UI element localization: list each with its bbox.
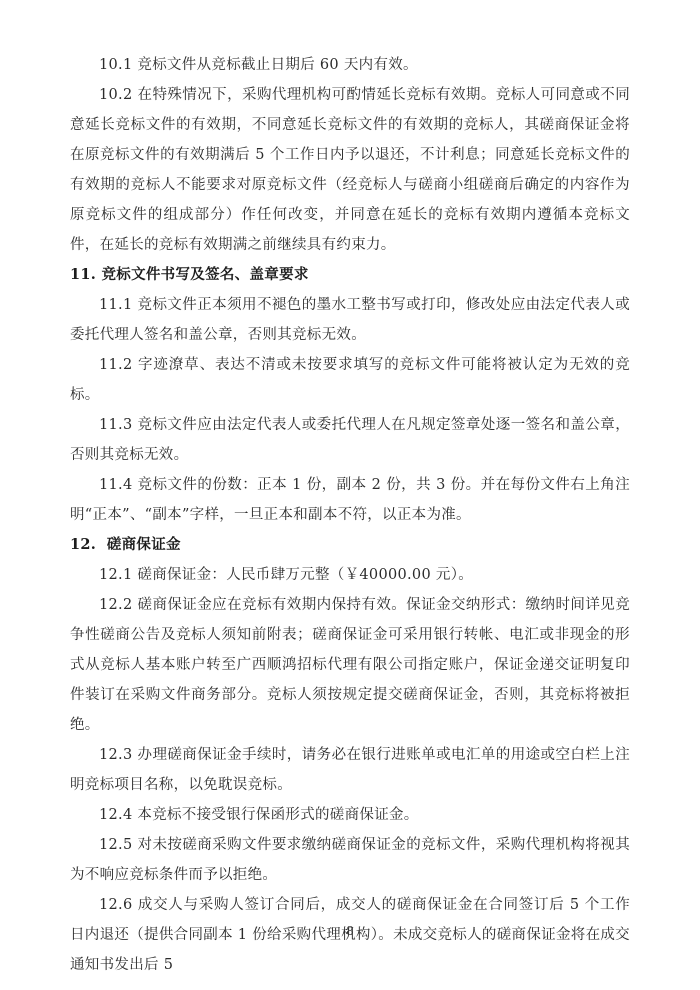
clause-paragraph: 10.2 在特殊情况下，采购代理机构可酌情延长竞标有效期。竞标人可同意或不同意延… xyxy=(70,80,630,260)
clause-paragraph: 12.2 磋商保证金应在竞标有效期内保持有效。保证金交纳形式：缴纳时间详见竞争性… xyxy=(70,590,630,740)
section-heading: 12. 磋商保证金 xyxy=(70,530,630,560)
section-heading: 11. 竞标文件书写及签名、盖章要求 xyxy=(70,260,630,290)
clause-paragraph: 12.1 磋商保证金：人民币肆万元整（￥40000.00 元）。 xyxy=(70,560,630,590)
document-content: 10.1 竞标文件从竞标截止日期后 60 天内有效。10.2 在特殊情况下，采购… xyxy=(70,50,630,980)
clause-paragraph: 11.4 竞标文件的份数：正本 1 份，副本 2 份，共 3 份。并在每份文件右… xyxy=(70,470,630,530)
clause-paragraph: 10.1 竞标文件从竞标截止日期后 60 天内有效。 xyxy=(70,50,630,80)
clause-paragraph: 11.2 字迹潦草、表达不清或未按要求填写的竞标文件可能将被认定为无效的竞标。 xyxy=(70,350,630,410)
clause-paragraph: 11.3 竞标文件应由法定代表人或委托代理人在凡规定签章处逐一签名和盖公章，否则… xyxy=(70,410,630,470)
clause-paragraph: 12.4 本竞标不接受银行保函形式的磋商保证金。 xyxy=(70,800,630,830)
clause-paragraph: 12.5 对未按磋商采购文件要求缴纳磋商保证金的竞标文件，采购代理机构将视其为不… xyxy=(70,830,630,890)
document-page: 10.1 竞标文件从竞标截止日期后 60 天内有效。10.2 在特殊情况下，采购… xyxy=(0,0,700,990)
clause-paragraph: 12.3 办理磋商保证金手续时，请务必在银行进账单或电汇单的用途或空白栏上注明竞… xyxy=(70,740,630,800)
clause-paragraph: 11.1 竞标文件正本须用不褪色的墨水工整书写或打印，修改处应由法定代表人或委托… xyxy=(70,290,630,350)
page-number: 8 xyxy=(0,924,700,938)
